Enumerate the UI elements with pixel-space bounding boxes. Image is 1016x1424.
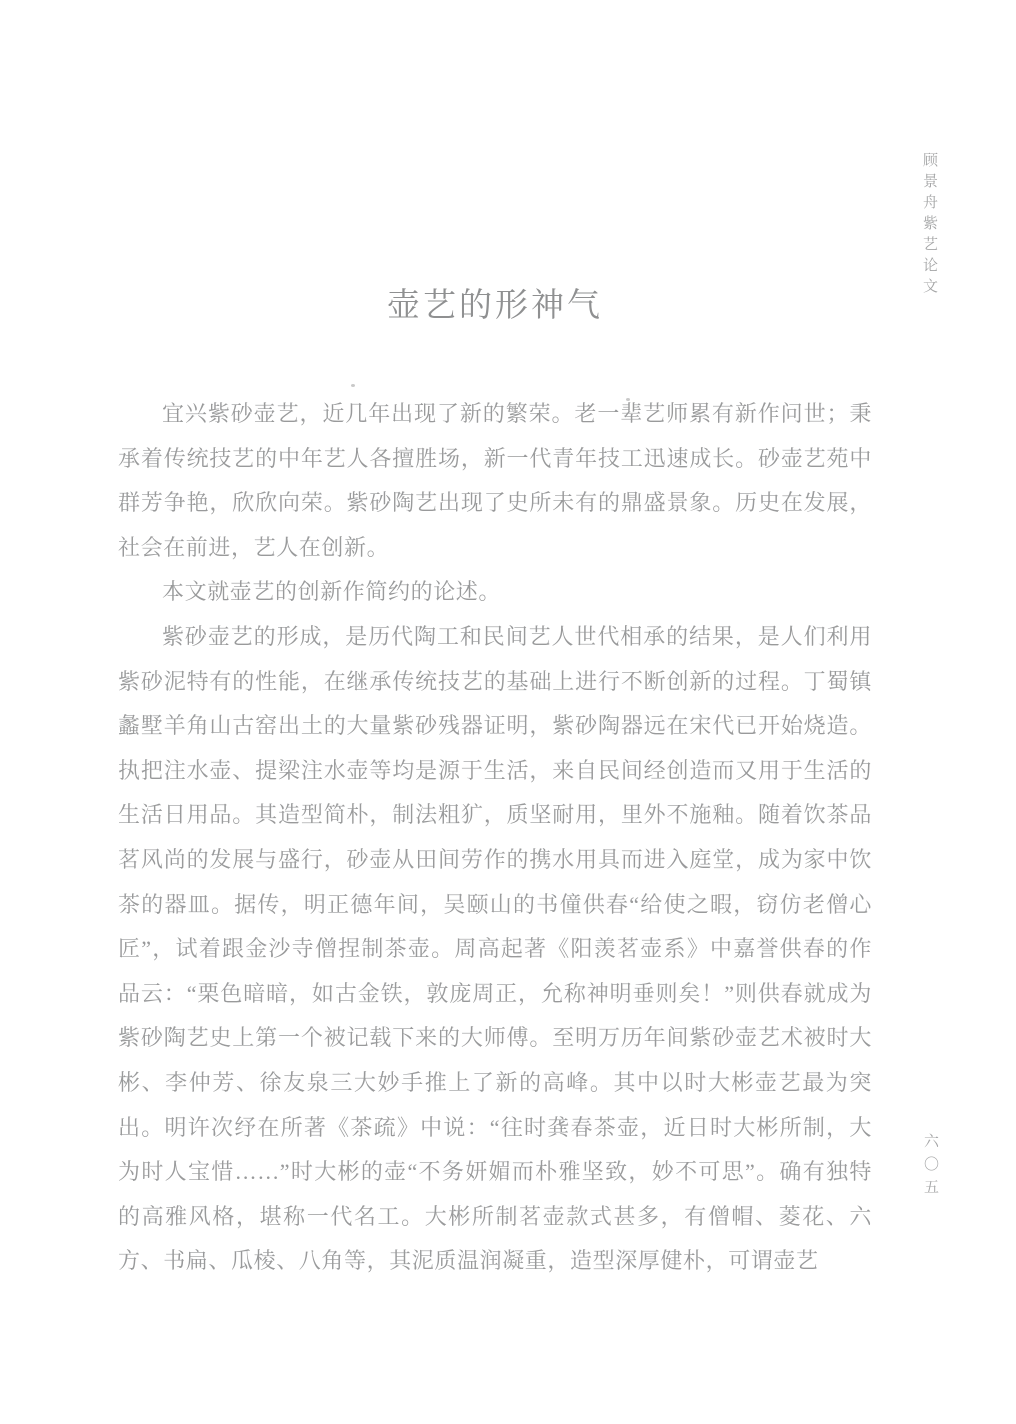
paragraph-2: 本文就壶艺的创新作简约的论述。	[118, 570, 872, 615]
scan-artifact-speck	[351, 384, 355, 387]
paragraph-3: 紫砂壶艺的形成，是历代陶工和民间艺人世代相承的结果，是人们利用紫砂泥特有的性能，…	[118, 615, 872, 1284]
scanned-book-page: 顾景舟紫艺论文 壶艺的形神气 宜兴紫砂壶艺，近几年出现了新的繁荣。老一辈艺师累有…	[0, 0, 1016, 1424]
scan-artifact-speck	[626, 398, 630, 401]
page-title: 壶艺的形神气	[118, 287, 872, 327]
page-number-vertical: 六〇五	[920, 1133, 941, 1202]
essay-body: 宜兴紫砂壶艺，近几年出现了新的繁荣。老一辈艺师累有新作问世；秉承着传统技艺的中年…	[118, 392, 872, 1284]
paragraph-1: 宜兴紫砂壶艺，近几年出现了新的繁荣。老一辈艺师累有新作问世；秉承着传统技艺的中年…	[118, 392, 872, 570]
running-header-vertical: 顾景舟紫艺论文	[919, 152, 940, 299]
